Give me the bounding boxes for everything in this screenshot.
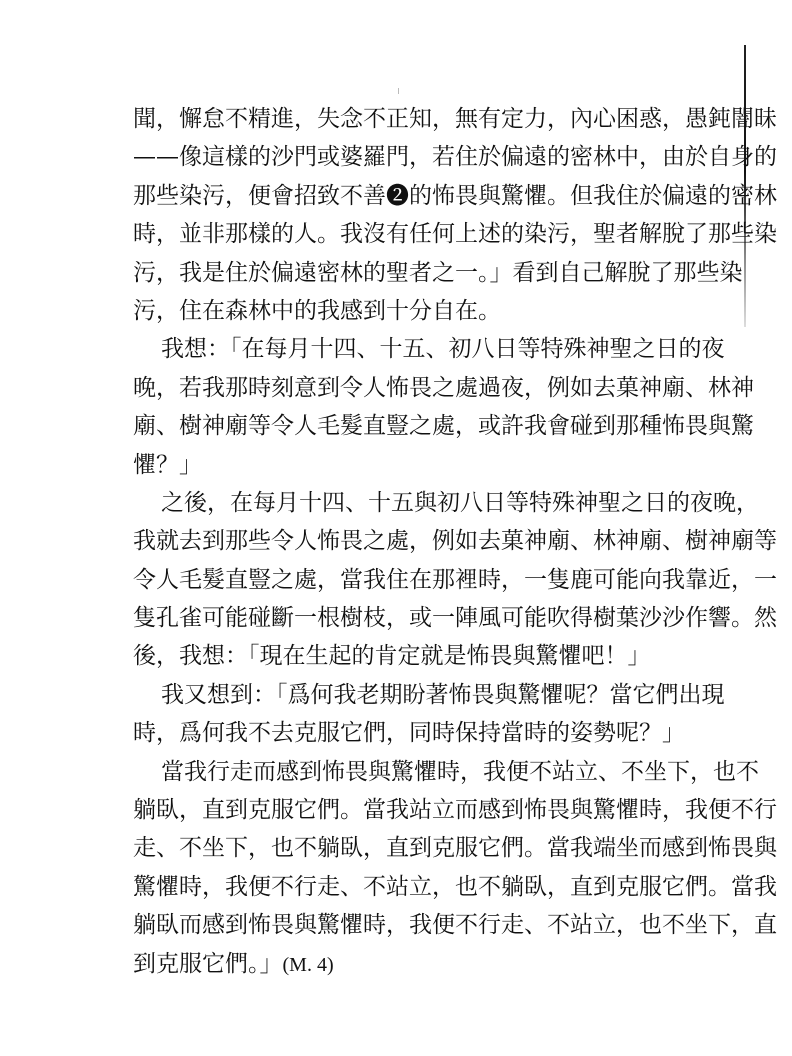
text-line: 我想：「在每月十四、十五、初八日等特殊神聖之日的夜 xyxy=(133,334,713,372)
text-line: 走、不坐下，也不躺臥，直到克服它們。當我端坐而感到怖畏與 xyxy=(133,833,713,871)
text-line: 當我行走而感到怖畏與驚懼時，我便不站立、不坐下，也不 xyxy=(133,757,713,795)
text-line: 令人毛髮直豎之處，當我住在那裡時，一隻鹿可能向我靠近，一 xyxy=(133,565,713,603)
text-line: 躺臥而感到怖畏與驚懼時，我便不行走、不站立，也不坐下，直 xyxy=(133,910,713,948)
text-line: 之後，在每月十四、十五與初八日等特殊神聖之日的夜晚， xyxy=(133,488,713,526)
final-line-text: 到克服它們。」 xyxy=(133,951,283,977)
text-line-final: 到克服它們。」(M. 4) xyxy=(133,949,713,987)
text-line: 驚懼時，我便不行走、不站立，也不躺臥，直到克服它們。當我 xyxy=(133,872,713,910)
text-line: 聞，懈怠不精進，失念不正知，無有定力，內心困惑，愚鈍闇昧 xyxy=(133,104,713,142)
text-line: 時，爲何我不去克服它們，同時保持當時的姿勢呢？」 xyxy=(133,718,713,756)
document-page: 聞，懈怠不精進，失念不正知，無有定力，內心困惑，愚鈍闇昧 ——像這樣的沙門或婆羅… xyxy=(0,0,792,1056)
text-line: 隻孔雀可能碰斷一根樹枝，或一陣風可能吹得樹葉沙沙作響。然 xyxy=(133,603,713,641)
body-text: 聞，懈怠不精進，失念不正知，無有定力，內心困惑，愚鈍闇昧 ——像這樣的沙門或婆羅… xyxy=(133,104,713,987)
scan-mark xyxy=(398,88,399,94)
text-line: 時，並非那樣的人。我沒有任何上述的染污，聖者解脫了那些染 xyxy=(133,219,713,257)
text-line: 污，我是住於偏遠密林的聖者之一。」看到自己解脫了那些染 xyxy=(133,258,713,296)
text-line: 後，我想：「現在生起的肯定就是怖畏與驚懼吧！」 xyxy=(133,641,713,679)
sutta-reference: (M. 4) xyxy=(283,954,334,976)
text-line: 我就去到那些令人怖畏之處，例如去菓神廟、林神廟、樹神廟等 xyxy=(133,526,713,564)
text-line: 我又想到：「爲何我老期盼著怖畏與驚懼呢？當它們出現 xyxy=(133,680,713,718)
text-line: 廟、樹神廟等令人毛髮直豎之處，或許我會碰到那種怖畏與驚 xyxy=(133,411,713,449)
text-line: 晚，若我那時刻意到令人怖畏之處過夜，例如去菓神廟、林神 xyxy=(133,373,713,411)
text-line: 懼？」 xyxy=(133,450,713,488)
text-line: 躺臥，直到克服它們。當我站立而感到怖畏與驚懼時，我便不行 xyxy=(133,795,713,833)
text-line: 污，住在森林中的我感到十分自在。 xyxy=(133,296,713,334)
text-line: ——像這樣的沙門或婆羅門，若住於偏遠的密林中，由於自身的 xyxy=(133,142,713,180)
text-line: 那些染污，便會招致不善❷的怖畏與驚懼。但我住於偏遠的密林 xyxy=(133,181,713,219)
